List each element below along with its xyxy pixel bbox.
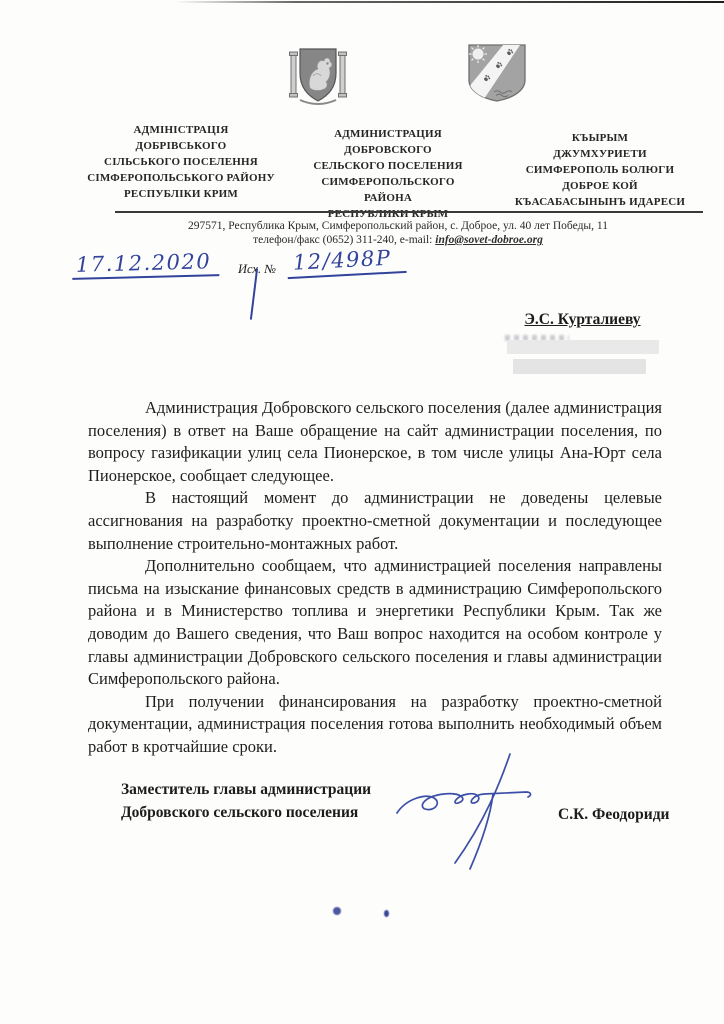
org-name-line: ДОБРІВСЬКОГО <box>52 138 310 154</box>
org-name-russian: АДМИНИСТРАЦИЯ ДОБРОВСКОГО СЕЛЬСКОГО ПОСЕ… <box>300 126 476 222</box>
email-address: info@sovet-dobroe.org <box>435 234 543 246</box>
paragraph: Дополнительно сообщаем, что администраци… <box>88 555 662 691</box>
addressee-name: Э.С. Курталиеву <box>470 311 695 329</box>
paragraph: При получении финансирования на разработ… <box>88 691 662 759</box>
signer-position: Заместитель главы администрации Добровск… <box>121 779 371 824</box>
signer-position-line: Заместитель главы администрации <box>121 779 371 802</box>
contact-block: 297571, Республика Крым, Симферопольский… <box>110 219 686 247</box>
postal-address: 297571, Республика Крым, Симферопольский… <box>110 219 686 233</box>
org-name-line: ДОБРОВСКОГО <box>300 142 476 158</box>
org-name-line: КЪЫРЫМ <box>482 130 718 146</box>
org-name-line: СИМФЕРОПОЛЬ БОЛЮГИ <box>482 162 718 178</box>
signer-name: С.К. Феодориди <box>558 806 669 824</box>
redaction-box <box>513 359 646 374</box>
ink-blot-artifact <box>333 907 341 915</box>
phone-fax: телефон/факс (0652) 311-240, e-mail: <box>253 234 435 246</box>
org-name-line: СІЛЬСЬКОГО ПОСЕЛЕННЯ <box>52 154 310 170</box>
ink-blot-artifact <box>384 910 389 917</box>
org-name-line: СИМФЕРОПОЛЬСКОГО РАЙОНА <box>300 174 476 206</box>
signer-position-line: Добровского сельского поселения <box>121 802 371 825</box>
crimea-coat-of-arms-icon <box>287 44 349 110</box>
handwritten-signature <box>392 751 548 873</box>
org-name-line: КЪАСАБАСЫНЫНЪ ИДАРЕСИ <box>482 194 718 210</box>
org-name-line: АДМІНІСТРАЦІЯ <box>52 122 310 138</box>
org-name-ukrainian: АДМІНІСТРАЦІЯ ДОБРІВСЬКОГО СІЛЬСЬКОГО ПО… <box>52 122 310 202</box>
handwritten-date: 17.12.2020 <box>72 249 220 280</box>
scan-edge-artifact <box>175 1 724 3</box>
org-name-line: СІМФЕРОПОЛЬСЬКОГО РАЙОНУ <box>52 170 310 186</box>
org-name-line: ДЖУМХУРИЕТИ <box>482 146 718 162</box>
letterhead-divider-line <box>115 211 703 213</box>
dobroe-settlement-emblem-icon <box>466 43 528 103</box>
org-name-line: АДМИНИСТРАЦИЯ <box>300 126 476 142</box>
org-name-line: СЕЛЬСКОГО ПОСЕЛЕНИЯ <box>300 158 476 174</box>
redaction-box <box>507 340 659 354</box>
paragraph: Администрация Добровского сельского посе… <box>88 397 662 487</box>
org-name-crimean-tatar: КЪЫРЫМ ДЖУМХУРИЕТИ СИМФЕРОПОЛЬ БОЛЮГИ ДО… <box>482 130 718 210</box>
letter-body: Администрация Добровского сельского посе… <box>88 397 662 759</box>
handwritten-outgoing-number: 12/498Р <box>286 245 406 279</box>
scanned-letter-page: АДМІНІСТРАЦІЯ ДОБРІВСЬКОГО СІЛЬСЬКОГО ПО… <box>0 0 724 1024</box>
org-name-line: РЕСПУБЛІКИ КРИМ <box>52 186 310 202</box>
paragraph: В настоящий момент до администрации не д… <box>88 487 662 555</box>
org-name-line: ДОБРОЕ КОЙ <box>482 178 718 194</box>
